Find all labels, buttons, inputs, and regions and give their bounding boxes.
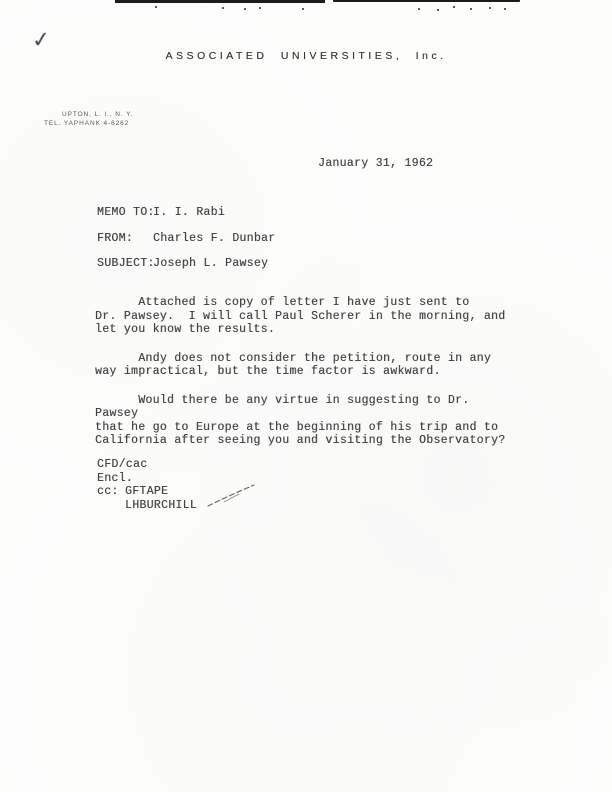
paragraph-1: Attached is copy of letter I have just s… xyxy=(95,296,519,337)
scanned-memo-page: ✓ ASSOCIATED UNIVERSITIES, Inc. UPTON, L… xyxy=(0,0,612,792)
memo-subject-row: SUBJECT: Joseph L. Pawsey xyxy=(97,257,397,283)
scan-speck xyxy=(302,8,304,10)
cc-name-2: LHBURCHILL xyxy=(125,499,197,513)
address-line-2: TEL. YAPHANK 4-6262 xyxy=(44,120,129,127)
memo-to-label: MEMO TO: xyxy=(97,206,155,220)
scan-speck xyxy=(437,9,439,11)
scan-artifact-bar xyxy=(115,0,325,3)
scan-speck xyxy=(504,8,506,10)
memo-to-row: MEMO TO: I. I. Rabi xyxy=(97,206,397,232)
memo-to-value: I. I. Rabi xyxy=(153,206,225,220)
memo-from-row: FROM: Charles F. Dunbar xyxy=(97,232,397,258)
memo-from-value: Charles F. Dunbar xyxy=(153,232,275,246)
scan-speck xyxy=(244,8,246,10)
memo-subject-label: SUBJECT: xyxy=(97,257,155,271)
memo-body: Attached is copy of letter I have just s… xyxy=(95,296,519,463)
date-line: January 31, 1962 xyxy=(318,157,433,171)
scan-speck xyxy=(470,8,472,10)
letterhead-address: UPTON, L. I., N. Y.TEL. YAPHANK 4-6262 xyxy=(44,110,133,128)
cc-name-1: GFTAPE xyxy=(125,485,168,499)
cc-label: cc: xyxy=(97,485,119,499)
paragraph-2: Andy does not consider the petition, rou… xyxy=(95,352,519,379)
memo-from-label: FROM: xyxy=(97,232,133,246)
scan-artifact-bar xyxy=(333,0,520,2)
memo-header: MEMO TO: I. I. Rabi FROM: Charles F. Dun… xyxy=(97,206,397,283)
scan-speck xyxy=(453,6,455,8)
paragraph-3: Would there be any virtue in suggesting … xyxy=(95,394,519,448)
pencil-stroke xyxy=(206,482,260,510)
scan-speck xyxy=(155,6,157,8)
letterhead-org: ASSOCIATED UNIVERSITIES, Inc. xyxy=(0,50,612,62)
scan-speck xyxy=(418,8,420,10)
scan-speck xyxy=(222,7,224,9)
memo-subject-value: Joseph L. Pawsey xyxy=(153,257,268,271)
scan-speck xyxy=(489,7,491,9)
typist-initials: CFD/cac xyxy=(97,458,357,472)
address-line-1: UPTON, L. I., N. Y. xyxy=(62,111,133,118)
scan-speck xyxy=(259,7,261,9)
pencil-stroke-svg xyxy=(206,482,260,510)
